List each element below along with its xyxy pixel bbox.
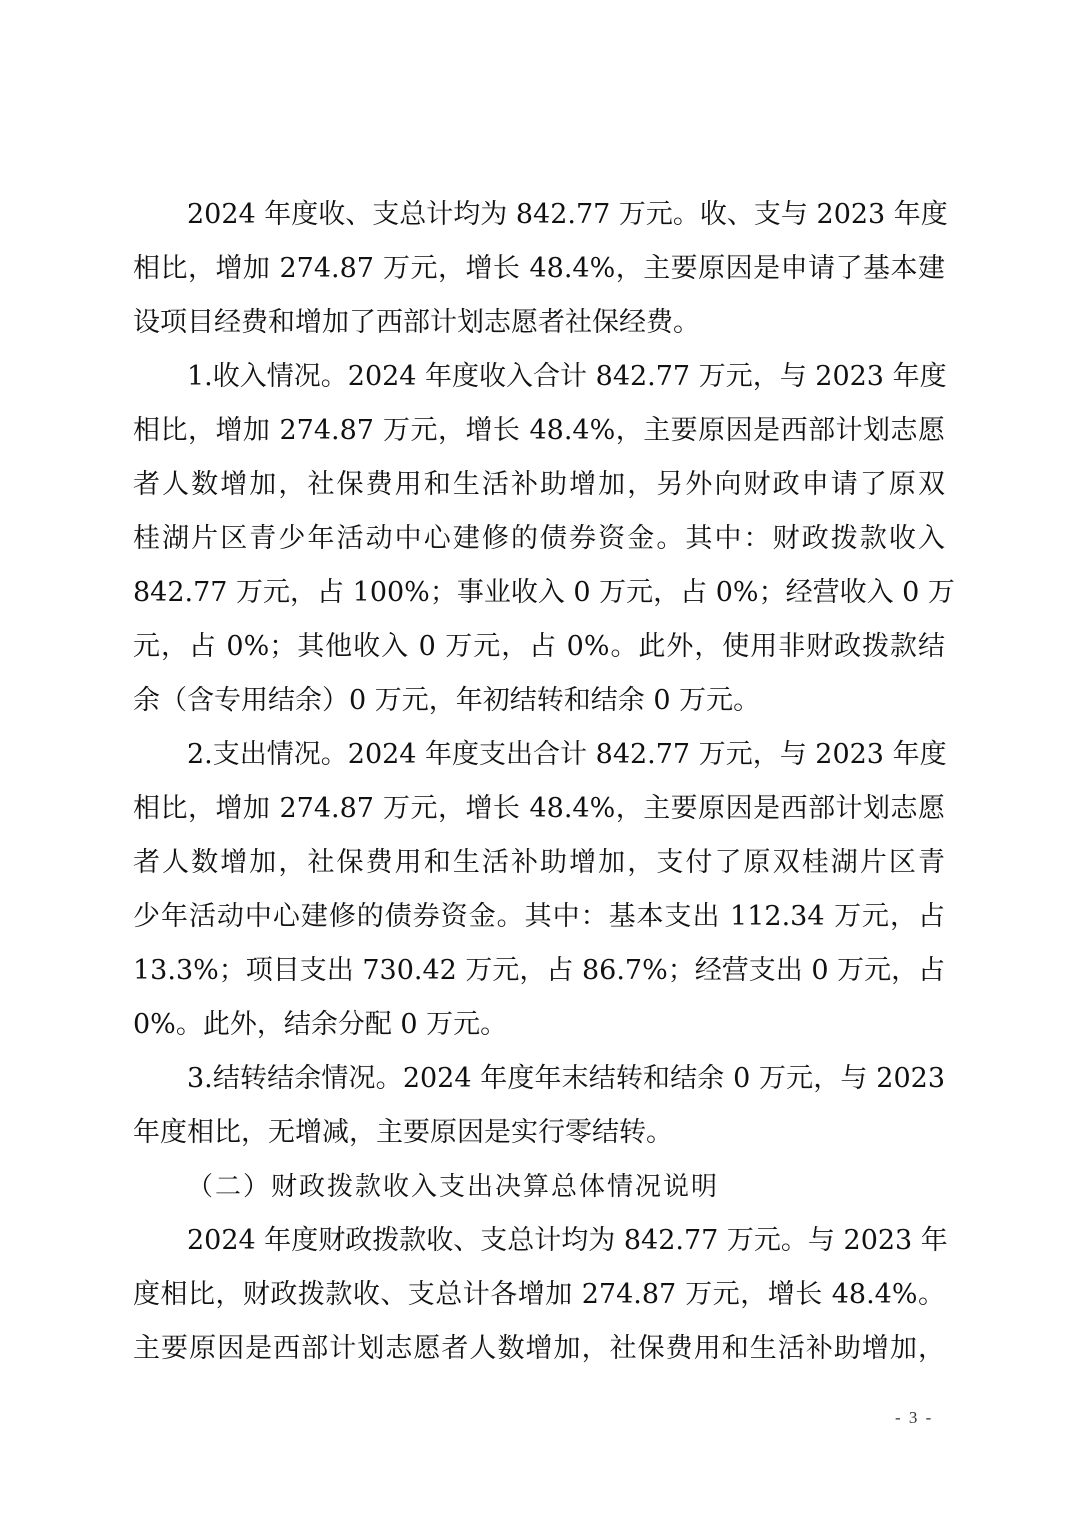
- text-line: 余（含专用结余）0 万元，年初结转和结余 0 万元。: [133, 674, 945, 728]
- text-line: 相比，增加 274.87 万元，增长 48.4%，主要原因是西部计划志愿: [133, 404, 945, 458]
- text-line: 2024 年度财政拨款收、支总计均为 842.77 万元。与 2023 年: [133, 1214, 945, 1268]
- text-line: 元，占 0%；其他收入 0 万元，占 0%。此外，使用非财政拨款结: [133, 620, 945, 674]
- text-line: 2024 年度收、支总计均为 842.77 万元。收、支与 2023 年度: [133, 188, 945, 242]
- document-body: 2024 年度收、支总计均为 842.77 万元。收、支与 2023 年度 相比…: [133, 188, 945, 1376]
- text-line: 2.支出情况。2024 年度支出合计 842.77 万元，与 2023 年度: [133, 728, 945, 782]
- page-number: - 3 -: [895, 1408, 955, 1428]
- text-line: 842.77 万元，占 100%；事业收入 0 万元，占 0%；经营收入 0 万: [133, 566, 945, 620]
- text-line: 主要原因是西部计划志愿者人数增加，社保费用和生活补助增加，: [133, 1322, 945, 1376]
- text-line: 少年活动中心建修的债券资金。其中：基本支出 112.34 万元，占: [133, 890, 945, 944]
- text-line: 者人数增加，社保费用和生活补助增加，支付了原双桂湖片区青: [133, 836, 945, 890]
- text-line: 设项目经费和增加了西部计划志愿者社保经费。: [133, 296, 945, 350]
- text-line: 相比，增加 274.87 万元，增长 48.4%，主要原因是申请了基本建: [133, 242, 945, 296]
- text-line: 1.收入情况。2024 年度收入合计 842.77 万元，与 2023 年度: [133, 350, 945, 404]
- text-line: 桂湖片区青少年活动中心建修的债券资金。其中：财政拨款收入: [133, 512, 945, 566]
- text-line: 度相比，财政拨款收、支总计各增加 274.87 万元，增长 48.4%。: [133, 1268, 945, 1322]
- text-line: 年度相比，无增减，主要原因是实行零结转。: [133, 1106, 945, 1160]
- document-page: 2024 年度收、支总计均为 842.77 万元。收、支与 2023 年度 相比…: [0, 0, 1075, 1520]
- paragraph-fiscal: 2024 年度财政拨款收、支总计均为 842.77 万元。与 2023 年 度相…: [133, 1214, 945, 1376]
- text-line: 0%。此外，结余分配 0 万元。: [133, 998, 945, 1052]
- paragraph-income: 1.收入情况。2024 年度收入合计 842.77 万元，与 2023 年度 相…: [133, 350, 945, 728]
- text-line: 13.3%；项目支出 730.42 万元，占 86.7%；经营支出 0 万元，占: [133, 944, 945, 998]
- section-heading: （二）财政拨款收入支出决算总体情况说明: [133, 1160, 945, 1214]
- text-line: 3.结转结余情况。2024 年度年末结转和结余 0 万元，与 2023: [133, 1052, 945, 1106]
- paragraph-carryover: 3.结转结余情况。2024 年度年末结转和结余 0 万元，与 2023 年度相比…: [133, 1052, 945, 1160]
- text-line: 相比，增加 274.87 万元，增长 48.4%，主要原因是西部计划志愿: [133, 782, 945, 836]
- text-line: 者人数增加，社保费用和生活补助增加，另外向财政申请了原双: [133, 458, 945, 512]
- paragraph-summary: 2024 年度收、支总计均为 842.77 万元。收、支与 2023 年度 相比…: [133, 188, 945, 350]
- paragraph-expenditure: 2.支出情况。2024 年度支出合计 842.77 万元，与 2023 年度 相…: [133, 728, 945, 1052]
